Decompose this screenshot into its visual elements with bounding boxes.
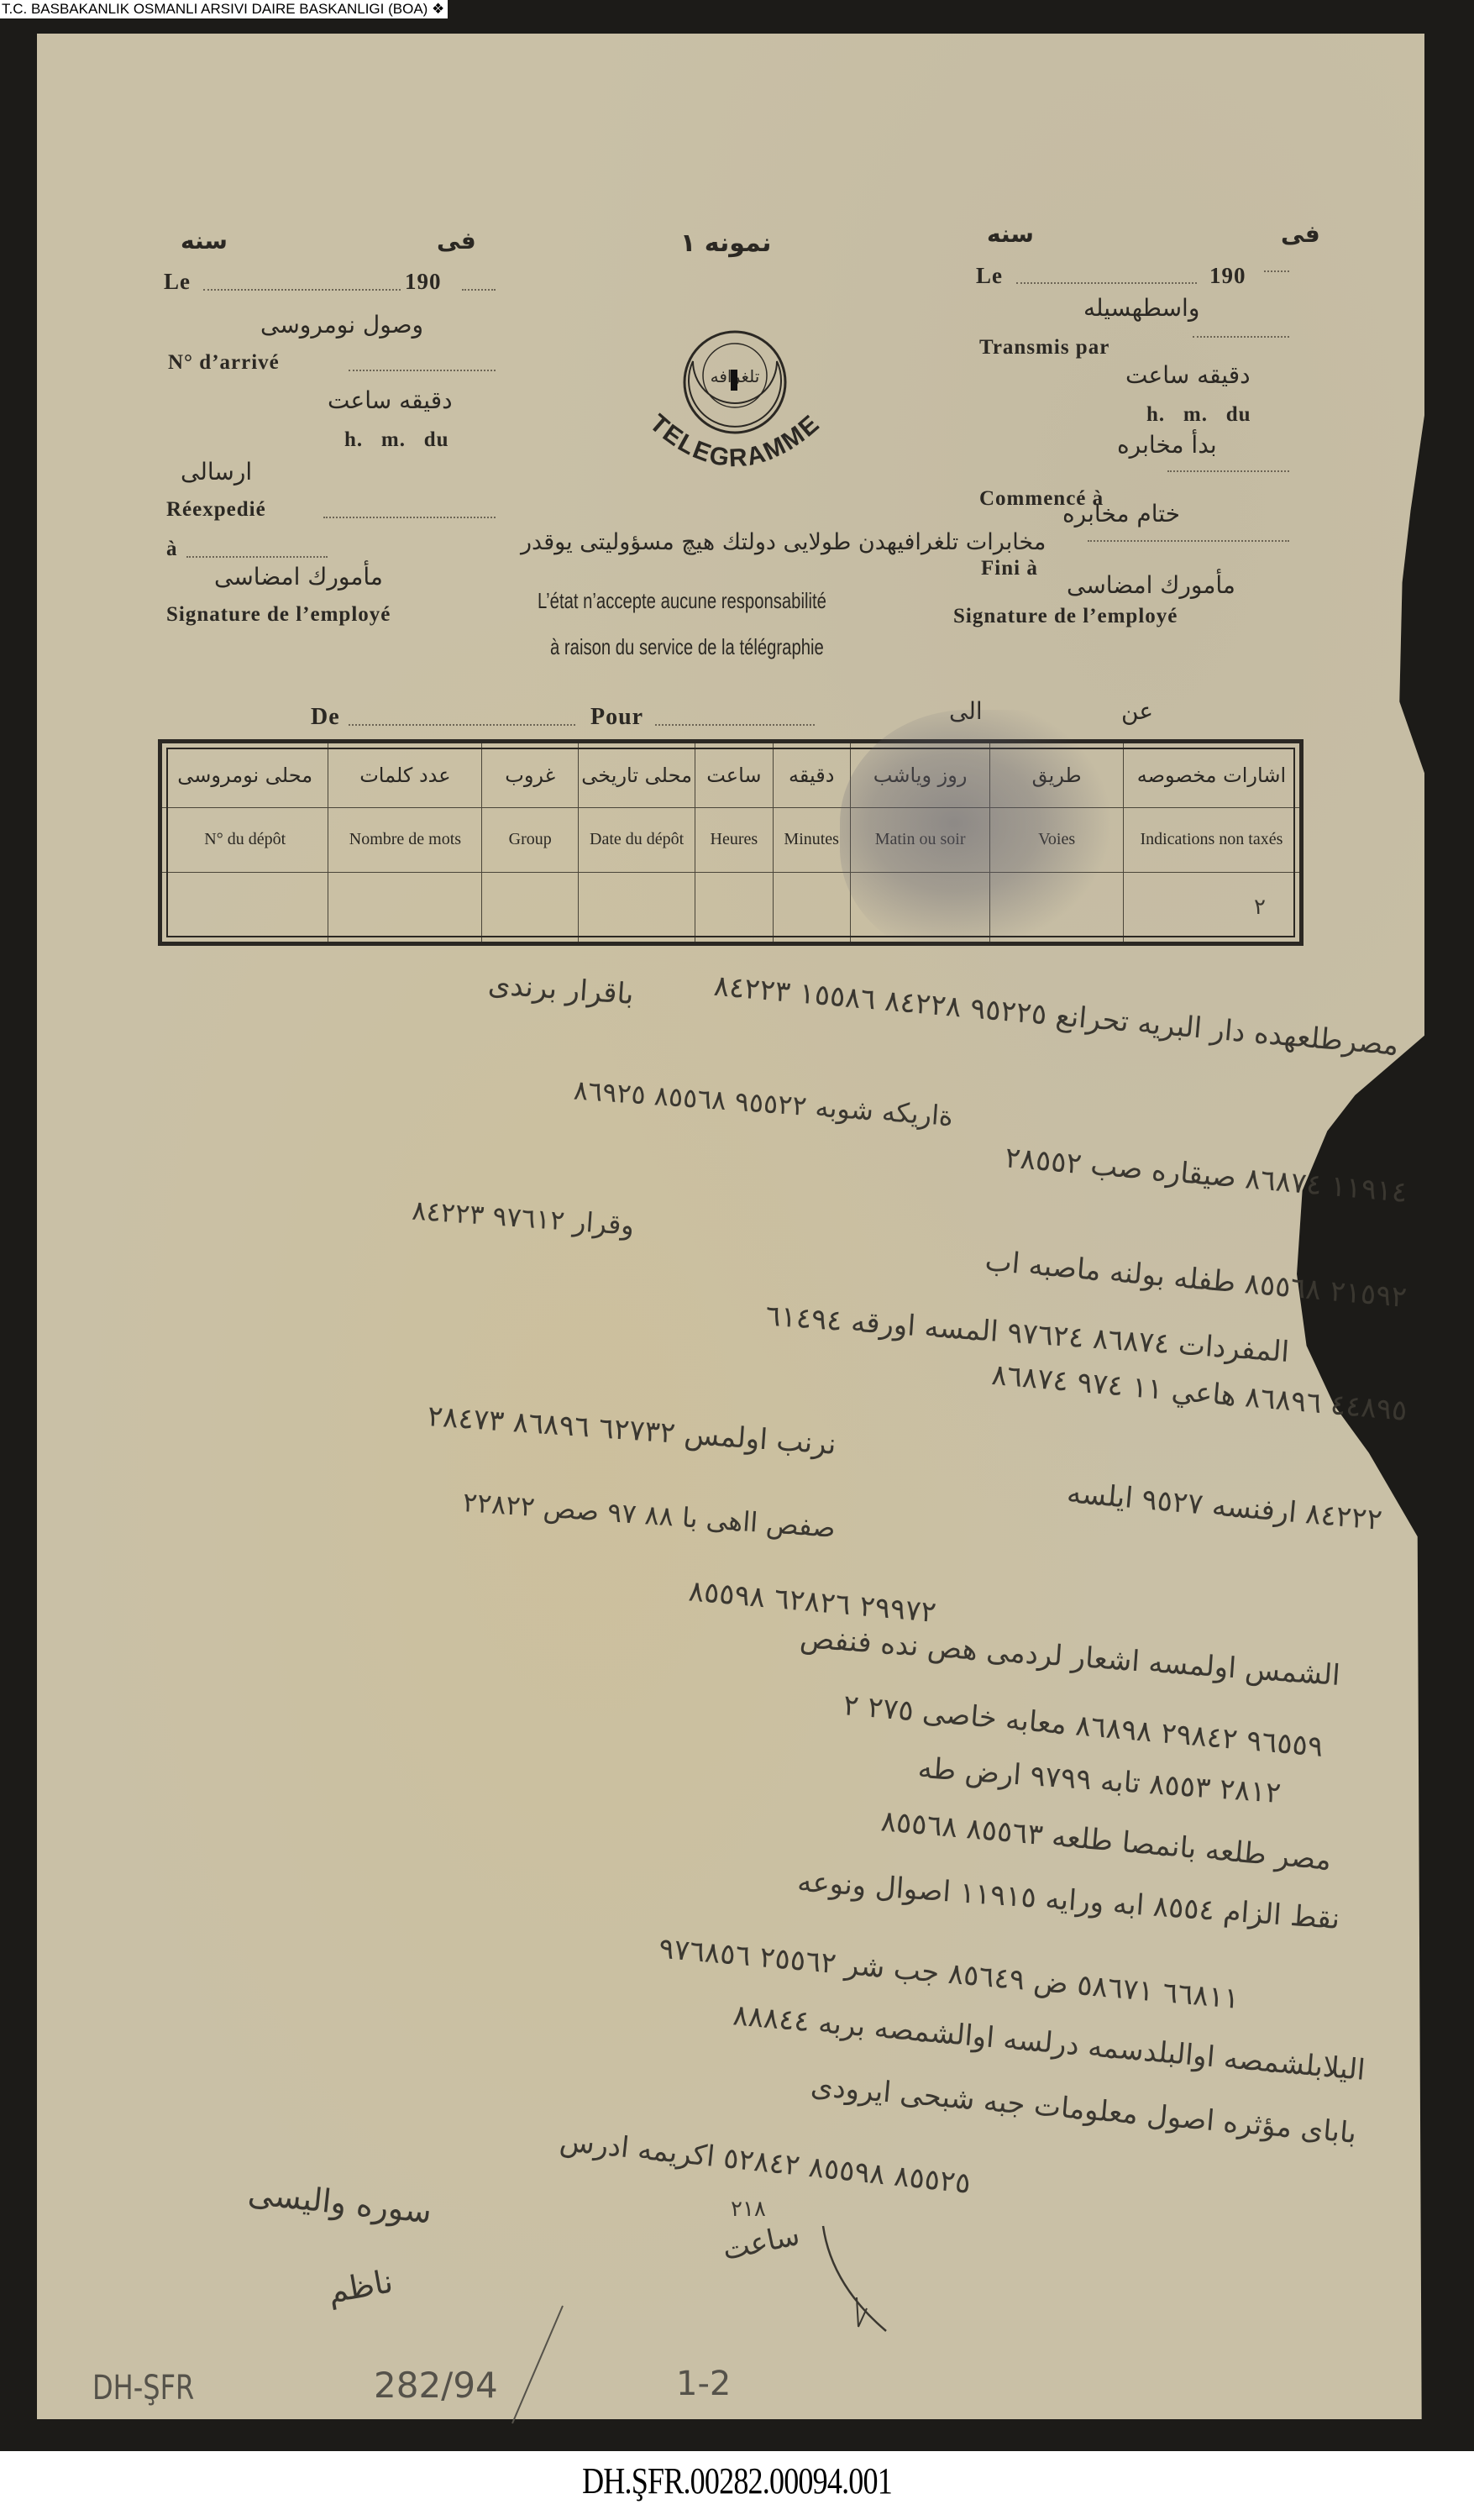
col-header-arabic: عدد كلمات [328,742,482,808]
col-header-arabic: غروب [482,742,579,808]
pencil-page-range: 1-2 [676,2365,731,2403]
table-header-row-arabic: محلی نومروسی عدد كلمات غروب محلی تاريخی … [160,742,1302,808]
left-resent-field[interactable] [323,517,496,518]
table-cell [160,872,328,943]
right-time-arabic: دقيقه ساعت [1125,361,1251,389]
right-date-label: Le [976,263,1003,289]
col-header-french: Minutes [773,807,850,872]
col-header-arabic: محلی تاريخی [579,742,695,808]
left-sene-label: سنه [181,227,228,255]
ink-stamp-smudge [840,710,1125,962]
right-start-arabic: بدأ مخابره [1117,431,1217,459]
table-cell [579,872,695,943]
right-year-field[interactable] [1264,270,1289,272]
pencil-slash-stroke [504,2302,571,2428]
col-header-french: Group [482,807,579,872]
left-to-field[interactable] [186,556,328,558]
right-transmitted-by-label: Transmis par [979,336,1109,360]
table-header-row-french: N° du dépôt Nombre de mots Group Date du… [160,807,1302,872]
pen-stroke-mark [798,2209,899,2335]
fraction-note: ٢١٨ [731,2197,766,2222]
right-end-arabic: ختام مخابره [1062,500,1180,528]
col-header-arabic: ساعت [695,742,773,808]
left-to-label: à [166,538,178,561]
col-header-french: Date du dépôt [579,807,695,872]
left-arrival-no-label: N° d’arrivé [168,351,280,375]
col-header-arabic: دقيقه [773,742,850,808]
col-header-french: Indications non taxés [1123,807,1301,872]
col-header-arabic: محلی نومروسی [160,742,328,808]
document-reference-caption: DH.ŞFR.00282.00094.001 [133,2460,1341,2502]
left-date-field[interactable] [203,289,401,291]
col-header-arabic: اشارات مخصوصه [1123,742,1301,808]
route-to-label: Pour [590,704,643,731]
ottoman-disclaimer: مخابرات تلغرافيهدن طولايی دولتك هيچ مسؤو… [521,529,1046,555]
pencil-fond-code: DH-ŞFR [92,2369,194,2407]
right-started-field[interactable] [1167,470,1289,472]
right-date-field[interactable] [1016,282,1197,284]
svg-text:TELEGRAMME: TELEGRAMME [644,409,826,472]
table-row: ٢ [160,872,1302,943]
right-finished-field[interactable] [1088,540,1289,542]
right-fi-label: فی [1281,220,1320,248]
disclaimer-line-1: L’état n’accepte aucune responsabilité [538,588,826,614]
left-resent-arabic: ارسالی [181,458,252,486]
left-year-prefix: 190 [405,269,442,295]
col-header-french: Heures [695,807,773,872]
telegram-details-table: محلی نومروسی عدد كلمات غروب محلی تاريخی … [158,739,1304,946]
route-from-field[interactable] [349,724,575,726]
pencil-file-number: 282/94 [374,2365,498,2406]
left-time-label: h. m. du [344,428,449,452]
form-number: نمونه ١ [680,228,771,258]
left-date-label: Le [164,269,191,295]
left-signature-label: Signature de l’employé [166,603,391,627]
left-resent-label: Réexpedié [166,498,266,522]
col-header-french: Nombre de mots [328,807,482,872]
telegramme-arc-title: TELEGRAMME [626,386,844,512]
left-fi-label: فی [437,227,476,255]
right-signature-label: Signature de l’employé [953,605,1178,628]
table-cell [482,872,579,943]
disclaimer-line-2: à raison du service de la télégraphie [550,634,824,660]
right-via-arabic: واسطهسيله [1083,294,1199,322]
right-finished-label: Fini à [981,557,1038,580]
right-time-label: h. m. du [1146,403,1251,427]
route-from-label: De [311,704,340,731]
table-cell [773,872,850,943]
right-transmitted-by-field[interactable] [1193,336,1289,338]
left-arrival-no-field[interactable] [349,370,496,371]
right-year-prefix: 190 [1209,263,1246,289]
table-cell [328,872,482,943]
left-time-arabic: دقيقه ساعت [328,386,453,414]
left-signature-arabic: مأمورك امضاسی [214,563,383,591]
archive-header-banner: T.C. BASBAKANLIK OSMANLI ARSIVI DAIRE BA… [0,0,448,18]
right-signature-arabic: مأمورك امضاسی [1067,571,1235,599]
route-to-field[interactable] [655,724,815,726]
table-cell-indications: ٢ [1123,872,1301,943]
route-from-arabic: عن [1121,697,1153,725]
right-sene-label: سنه [987,220,1034,248]
col-header-french: N° du dépôt [160,807,328,872]
table-cell [695,872,773,943]
left-arrival-no-arabic: وصول نومروسی [260,311,423,339]
left-year-field[interactable] [462,289,496,291]
